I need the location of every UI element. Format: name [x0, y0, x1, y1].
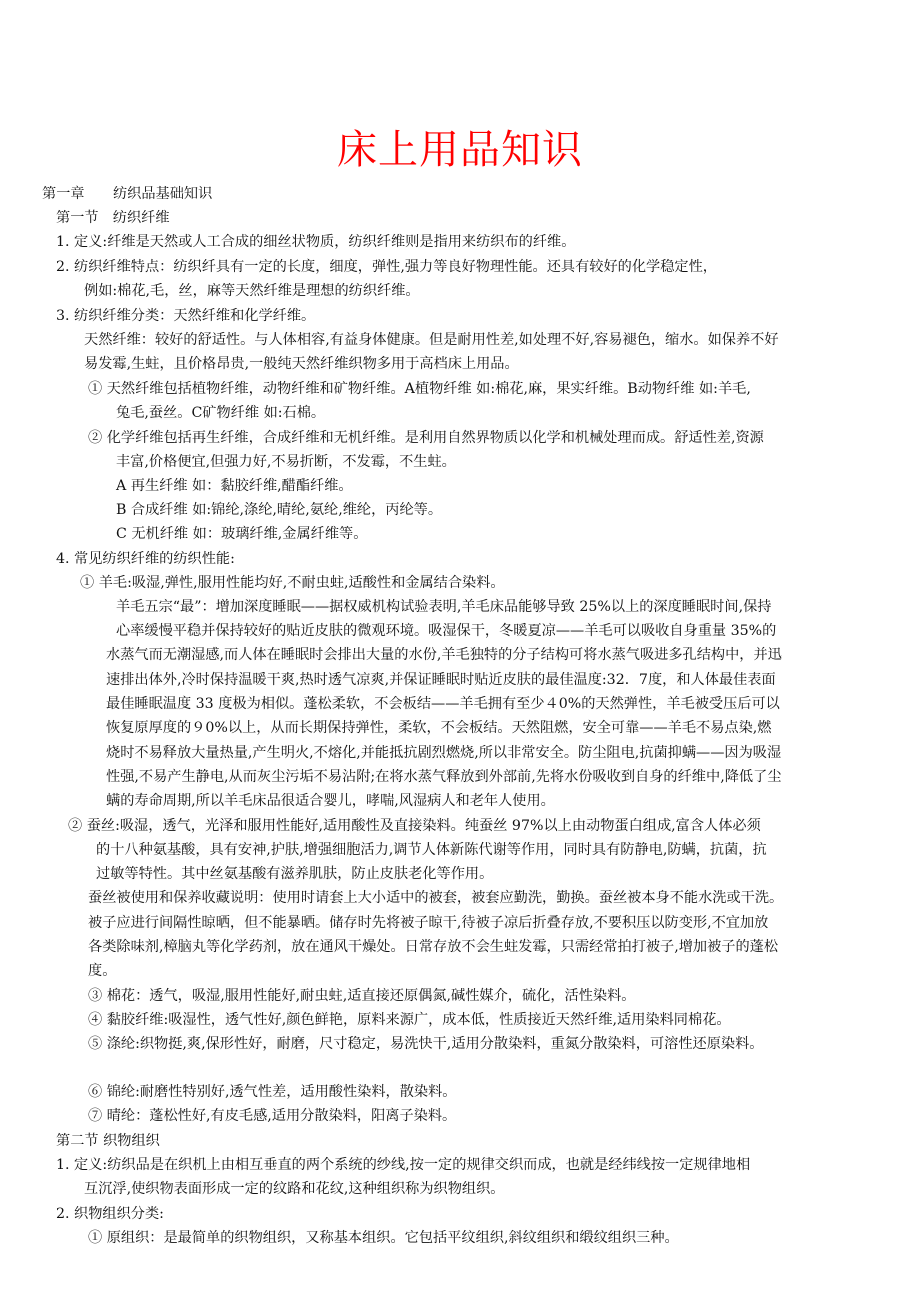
paragraph-line: 互沉浮,使织物表面形成一定的纹路和花纹,这种组织称为织物组织。 — [84, 1179, 504, 1199]
paragraph-line: 4. 常见纺织纤维的纺织性能: — [56, 549, 235, 569]
paragraph-line: 兔毛,蚕丝。C矿物纤维 如:石棉。 — [116, 403, 325, 423]
paragraph-line: ① 原组织：是最简单的织物组织，又称基本组织。它包括平纹组织,斜纹组织和缎纹组织… — [88, 1228, 679, 1248]
paragraph-line: 心率缓慢平稳并保持较好的贴近皮肤的微观环境。吸湿保干，冬暖夏凉——羊毛可以吸收自… — [116, 621, 776, 641]
paragraph-line: 被子应进行间隔性晾晒，但不能暴晒。储存时先将被子晾干,待被子凉后折叠存放,不要积… — [88, 913, 768, 933]
paragraph-line: ② 化学纤维包括再生纤维，合成纤维和无机纤维。是利用自然界物质以化学和机械处理而… — [88, 428, 764, 448]
paragraph-line: 1. 定义:纺织品是在织机上由相互垂直的两个系统的纱线,按一定的规律交织而成，也… — [56, 1155, 750, 1175]
paragraph-line: 1. 定义:纤维是天然或人工合成的细丝状物质，纺织纤维则是指用来纺织布的纤维。 — [56, 232, 575, 252]
paragraph-line: 例如:棉花,毛，丝，麻等天然纤维是理想的纺织纤维。 — [84, 281, 420, 301]
paragraph-line: ① 羊毛:吸湿,弹性,服用性能均好,不耐虫蛀,适酸性和金属结合染料。 — [80, 573, 505, 593]
paragraph-line: ④ 黏胶纤维:吸湿性，透气性好,颜色鲜艳，原料来源广，成本低，性质接近天然纤维,… — [88, 1010, 731, 1030]
paragraph-line: 天然纤维：较好的舒适性。与人体相容,有益身体健康。但是耐用性差,如处理不好,容易… — [84, 330, 779, 350]
section-heading: 第一节 纺织纤维 — [56, 208, 170, 228]
paragraph-line: ⑤ 涤纶:织物挺,爽,保形性好，耐磨，尺寸稳定，易洗快干,适用分散染料，重氮分散… — [88, 1034, 763, 1054]
section-heading: 第二节 织物组织 — [56, 1131, 160, 1151]
paragraph-line: ⑥ 锦纶:耐磨性特别好,透气性差，适用酸性染料，散染料。 — [88, 1082, 457, 1102]
paragraph-line: 羊毛五宗“最”：增加深度睡眠——据权威机构试验表明,羊毛床品能够导致 25%以上… — [116, 597, 771, 617]
paragraph-line: 易发霉,生蛀，且价格昂贵,一般纯天然纤维织物多用于高档床上用品。 — [84, 354, 519, 374]
paragraph-line: 蚕丝被使用和保养收藏说明：使用时请套上大小适中的被套，被套应勤洗，勤换。蚕丝被本… — [88, 888, 783, 908]
paragraph-line: 性强,不易产生静电,从而灰尘污垢不易沾附;在将水蒸气释放到外部前,先将水份吸收到… — [106, 767, 781, 787]
paragraph-line: 螨的寿命周期,所以羊毛床品很适合婴儿，哮喘,风湿病人和老年人使用。 — [106, 791, 555, 811]
paragraph-line: 恢复原厚度的９0%以上，从而长期保持弹性，柔软，不会板结。天然阻燃，安全可靠——… — [106, 718, 771, 738]
paragraph-line: 丰富,价格便宜,但强力好,不易折断，不发霉，不生蛀。 — [116, 452, 456, 472]
document-title: 床上用品知识 — [0, 126, 920, 174]
paragraph-line: ① 天然纤维包括植物纤维，动物纤维和矿物纤维。A植物纤维 如:棉花,麻，果实纤维… — [88, 379, 751, 399]
paragraph-line: C 无机纤维 如：玻璃纤维,金属纤维等。 — [116, 524, 367, 544]
paragraph-line: 2. 织物组织分类: — [56, 1204, 164, 1224]
paragraph-line: 速排出体外,冷时保持温暖干爽,热时透气凉爽,并保证睡眠时贴近皮肤的最佳温度:32… — [106, 670, 776, 690]
paragraph-line: B 合成纤维 如:锦纶,涤纶,晴纶,氨纶,维纶，丙纶等。 — [116, 500, 442, 520]
paragraph-line: 烧时不易释放大量热量,产生明火,不熔化,并能抵抗剧烈燃烧,所以非常安全。防尘阻电… — [106, 743, 781, 763]
paragraph-line: 2. 纺织纤维特点：纺织纤具有一定的长度，细度，弹性,强力等良好物理性能。还具有… — [56, 257, 717, 277]
paragraph-line: 最佳睡眠温度 33 度极为相似。蓬松柔软，不会板结——羊毛拥有至少４0%的天然弹… — [106, 694, 780, 714]
chapter-heading: 第一章 纺织品基础知识 — [42, 184, 212, 204]
paragraph-line: ② 蚕丝:吸湿，透气，光泽和服用性能好,适用酸性及直接染料。纯蚕丝 97%以上由… — [68, 816, 761, 836]
paragraph-line: 水蒸气而无潮湿感,而人体在睡眠时会排出大量的水份,羊毛独特的分子结构可将水蒸气吸… — [106, 645, 782, 665]
paragraph-line: 过敏等特性。其中丝氨基酸有滋养肌肤，防止皮肤老化等作用。 — [96, 864, 493, 884]
paragraph-line: 度。 — [88, 961, 116, 981]
paragraph-line: 的十八种氨基酸，具有安神,护肤,增强细胞活力,调节人体新陈代谢等作用，同时具有防… — [96, 840, 767, 860]
paragraph-line: 3. 纺织纤维分类：天然纤维和化学纤维。 — [56, 306, 315, 326]
paragraph-line: A 再生纤维 如：黏胶纤维,醋酯纤维。 — [116, 476, 353, 496]
paragraph-line: ③ 棉花：透气，吸湿,服用性能好,耐虫蛀,适直接还原偶氮,碱性媒介，硫化，活性染… — [88, 986, 636, 1006]
paragraph-line: ⑦ 晴纶：蓬松性好,有皮毛感,适用分散染料，阳离子染料。 — [88, 1106, 456, 1126]
paragraph-line: 各类除味剂,樟脑丸等化学药剂，放在通风干燥处。日常存放不会生蛀发霉，只需经常拍打… — [88, 937, 778, 957]
